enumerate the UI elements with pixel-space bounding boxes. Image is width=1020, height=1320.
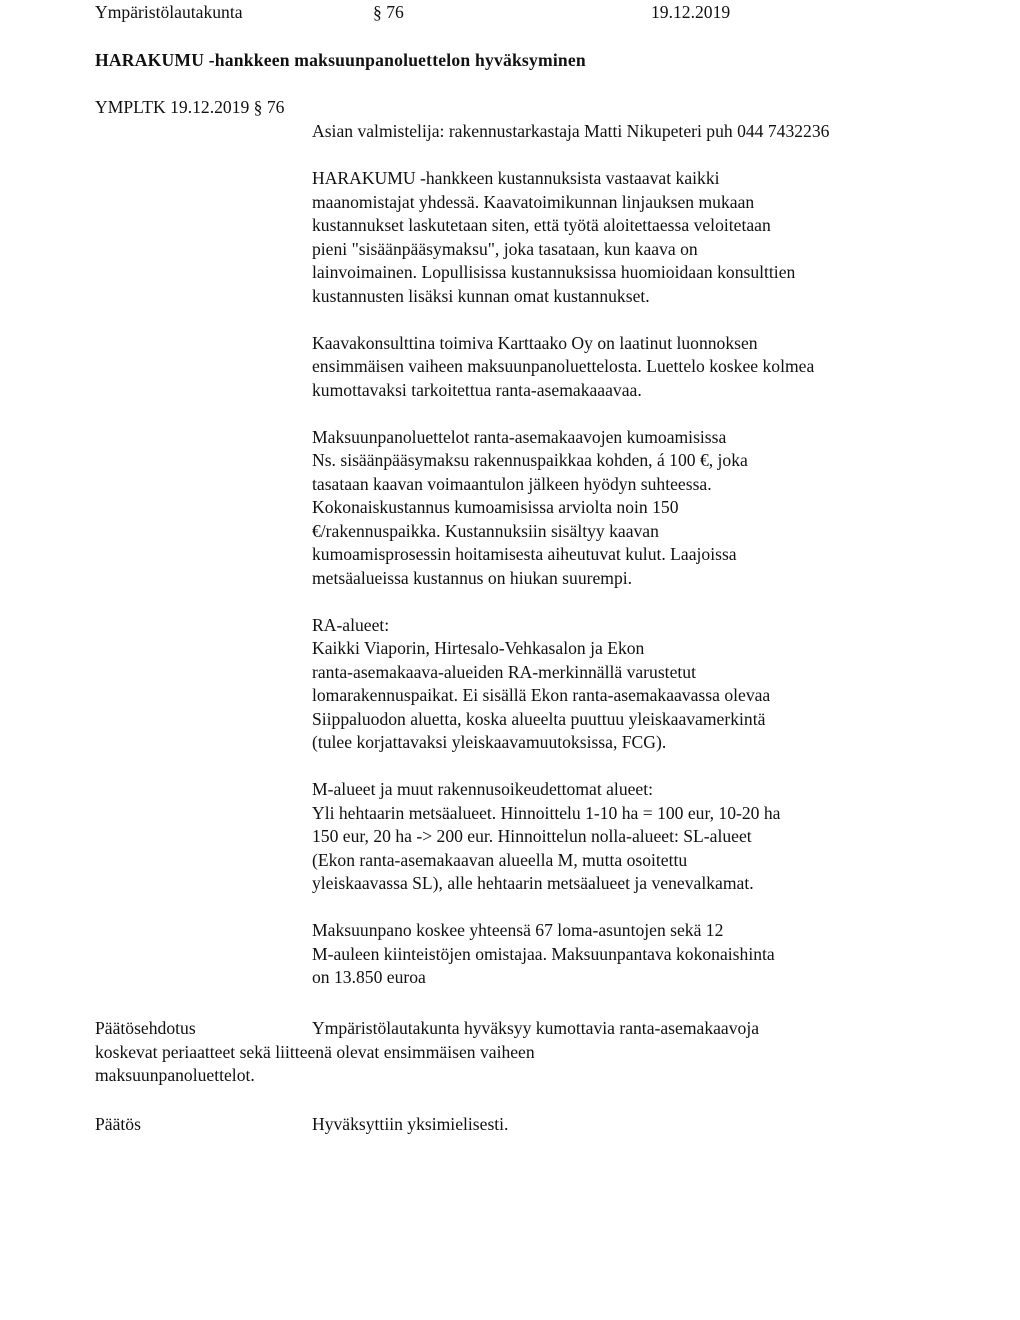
preparer-line: Asian valmistelija: rakennustarkastaja M… xyxy=(312,120,932,144)
proposal-text-line: koskevat periaatteet sekä liitteenä olev… xyxy=(95,1041,855,1065)
decision: PäätösHyväksyttiin yksimielisesti. xyxy=(95,1113,855,1137)
paragraph-m-areas: M-alueet ja muut rakennusoikeudettomat a… xyxy=(312,778,932,896)
paragraph-billing-lists: Maksuunpanoluettelot ranta-asemakaavojen… xyxy=(312,426,932,591)
decision-proposal: PäätösehdotusYmpäristölautakunta hyväksy… xyxy=(95,1017,855,1088)
proposal-label: Päätösehdotus xyxy=(95,1017,312,1041)
proposal-text-line: Ympäristölautakunta hyväksyy kumottavia … xyxy=(312,1018,759,1038)
header-section: § 76 xyxy=(373,1,404,25)
paragraph-ra-areas: RA-alueet: Kaikki Viaporin, Hirtesalo-Ve… xyxy=(312,614,932,755)
paragraph-consultant: Kaavakonsulttina toimiva Karttaako Oy on… xyxy=(312,332,932,403)
paragraph-total: Maksuunpano koskee yhteensä 67 loma-asun… xyxy=(312,919,932,990)
header-date: 19.12.2019 xyxy=(651,1,730,25)
page-title: HARAKUMU -hankkeen maksuunpanoluettelon … xyxy=(95,49,586,73)
meeting-reference: YMPLTK 19.12.2019 § 76 xyxy=(95,96,284,120)
proposal-text-line: maksuunpanoluettelot. xyxy=(95,1064,855,1088)
body-column: Asian valmistelija: rakennustarkastaja M… xyxy=(312,120,932,1013)
header-committee: Ympäristölautakunta xyxy=(95,1,243,25)
decision-label: Päätös xyxy=(95,1113,312,1137)
paragraph-costs: HARAKUMU -hankkeen kustannuksista vastaa… xyxy=(312,167,932,308)
decision-text: Hyväksyttiin yksimielisesti. xyxy=(312,1114,508,1134)
